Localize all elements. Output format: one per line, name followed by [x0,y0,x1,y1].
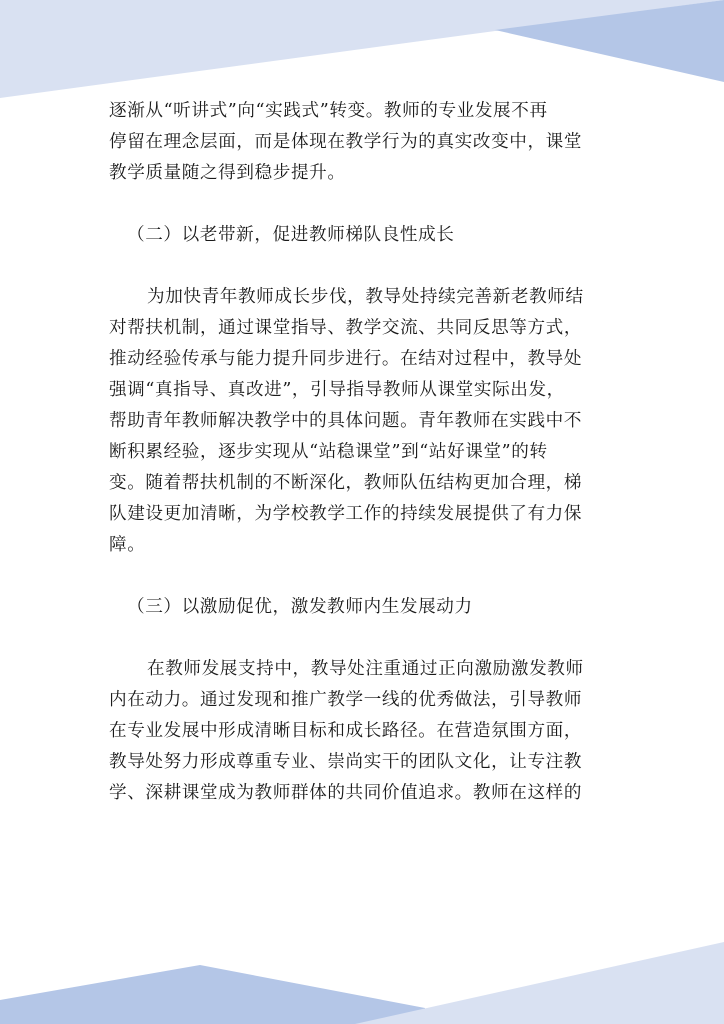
text-line: 帮助青年教师解决教学中的具体问题。青年教师在实践中不 [109,406,615,437]
text-line: 队建设更加清晰，为学校教学工作的持续发展提供了有力保 [109,499,615,530]
section-heading-2: （二）以老带新，促进教师梯队良性成长 [109,220,615,251]
text-line: 学、深耕课堂成为教师群体的共同价值追求。教师在这样的 [109,778,615,809]
text-line: 对帮扶机制，通过课堂指导、教学交流、共同反思等方式， [109,313,615,344]
top-light-band [0,0,724,98]
document-body: 逐渐从“听讲式”向“实践式”转变。教师的专业发展不再 停留在理念层面，而是体现在… [109,96,615,809]
text-line: 强调“真指导、真改进”，引导指导教师从课堂实际出发， [109,375,615,406]
text-line: 断积累经验，逐步实现从“站稳课堂”到“站好课堂”的转 [109,437,615,468]
text-line: 变。随着帮扶机制的不断深化，教师队伍结构更加合理，梯 [109,468,615,499]
paragraph-1: 逐渐从“听讲式”向“实践式”转变。教师的专业发展不再 停留在理念层面，而是体现在… [109,96,615,189]
bottom-dark-band [0,965,425,1024]
section-heading-3: （三）以激励促优，激发教师内生发展动力 [109,592,615,623]
text-line: 逐渐从“听讲式”向“实践式”转变。教师的专业发展不再 [109,96,615,127]
text-line: 停留在理念层面，而是体现在教学行为的真实改变中，课堂 [109,127,615,158]
text-line: 在专业发展中形成清晰目标和成长路径。在营造氛围方面， [109,716,615,747]
text-line: 教学质量随之得到稳步提升。 [109,158,615,189]
text-line: 为加快青年教师成长步伐，教导处持续完善新老教师结 [109,282,615,313]
text-line: 内在动力。通过发现和推广教学一线的优秀做法，引导教师 [109,685,615,716]
bottom-light-band [355,942,724,1024]
text-line: 在教师发展支持中，教导处注重通过正向激励激发教师 [109,654,615,685]
top-dark-triangle [495,0,724,82]
text-line: 障。 [109,530,615,561]
text-line: 推动经验传承与能力提升同步进行。在结对过程中，教导处 [109,344,615,375]
paragraph-3: 在教师发展支持中，教导处注重通过正向激励激发教师 内在动力。通过发现和推广教学一… [109,654,615,809]
text-line: 教导处努力形成尊重专业、崇尚实干的团队文化，让专注教 [109,747,615,778]
paragraph-2: 为加快青年教师成长步伐，教导处持续完善新老教师结 对帮扶机制，通过课堂指导、教学… [109,282,615,561]
